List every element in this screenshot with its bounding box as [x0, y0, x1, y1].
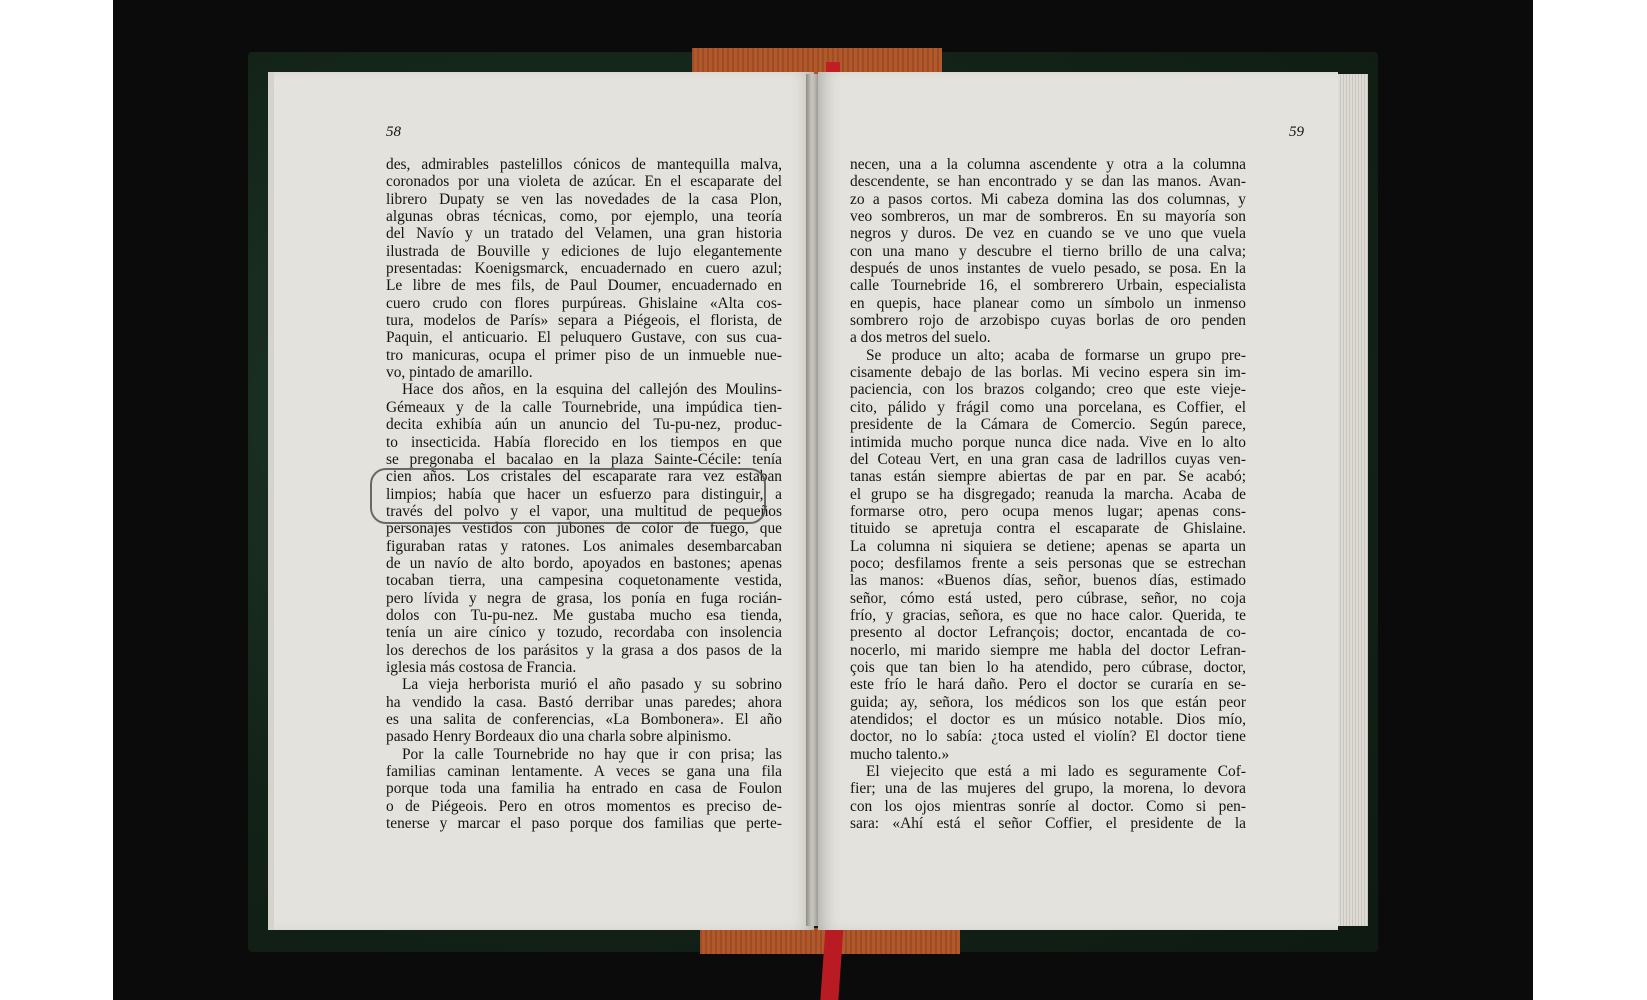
text-line: es una salita de conferencias, «La Bombo…	[386, 711, 782, 728]
text-line: través del polvo y el vapor, una multitu…	[386, 503, 782, 520]
headband-top	[692, 48, 942, 74]
text-line: atendidos; el doctor es un músico notabl…	[850, 711, 1246, 728]
text-line: tro manicuras, ocupa el primer piso de u…	[386, 347, 782, 364]
text-line: el grupo se ha disgregado; reanuda la ma…	[850, 486, 1246, 503]
text-line: porque toda una familia ha entrado en ca…	[386, 780, 782, 797]
text-line: Paquin, el anticuario. El peluquero Gust…	[386, 329, 782, 346]
text-line: Por la calle Tournebride no hay que ir c…	[386, 746, 782, 763]
text-line: después de unos instantes de vuelo pesad…	[850, 260, 1246, 277]
text-line: paciencia, con los brazos colgando; creo…	[850, 381, 1246, 398]
text-line: nocerlo, mi marido siempre me habla del …	[850, 642, 1246, 659]
page-number: 58	[386, 124, 401, 141]
text-line: presentadas: Koenigsmarck, encuadernado …	[386, 260, 782, 277]
text-line: personajes vestidos con jubones de color…	[386, 520, 782, 537]
text-line: La vieja herborista murió el año pasado …	[386, 676, 782, 693]
text-line: to insecticida. Había florecido en los t…	[386, 434, 782, 451]
text-line: frío, y gracias, señora, es que no hace …	[850, 607, 1246, 624]
text-line: sara: «Ahí está el señor Coffier, el pre…	[850, 815, 1246, 832]
text-line: tenerse y marcar el paso porque dos fami…	[386, 815, 782, 832]
text-line: en quepis, hace planear como un símbolo …	[850, 295, 1246, 312]
page-body: necen, una a la columna ascendente y otr…	[850, 156, 1246, 832]
text-line: cito, pálido y frágil como una porcelana…	[850, 399, 1246, 416]
text-line: Gémeaux y de la calle Tournebride, una i…	[386, 399, 782, 416]
text-line: poco; desfilamos frente a seis personas …	[850, 555, 1246, 572]
text-line: con los ojos mientras sonríe al doctor. …	[850, 798, 1246, 815]
text-line: los derechos de los parásitos y la grasa…	[386, 642, 782, 659]
text-line: pero lívida y negra de grasa, los ponía …	[386, 590, 782, 607]
text-line: ilustrada de Bouville y ediciones de luj…	[386, 243, 782, 260]
text-line: del Navío y un tratado del Velamen, una …	[386, 225, 782, 242]
text-line: de un navío de alto bordo, apoyados en b…	[386, 555, 782, 572]
text-line: familias caminan lentamente. A veces se …	[386, 763, 782, 780]
text-line: presidente de la Cámara de Comercio. Seg…	[850, 416, 1246, 433]
text-line: des, admirables pastelillos cónicos de m…	[386, 156, 782, 173]
text-line: çois que tan bien lo ha atendido, pero c…	[850, 659, 1246, 676]
text-line: doctor, no lo sabía: ¿toca usted el viol…	[850, 728, 1246, 745]
text-line: cuero crudo con flores purpúreas. Ghisla…	[386, 295, 782, 312]
text-line: tocaban tierra, una campesina coquetonam…	[386, 572, 782, 589]
text-line: veo sombreros, un mar de sombreros. En s…	[850, 208, 1246, 225]
text-line: Le libre de mes fils, de Paul Doumer, en…	[386, 277, 782, 294]
text-line: guida; ay, señora, los médicos son los q…	[850, 694, 1246, 711]
page-edges	[1338, 74, 1368, 926]
page-number: 59	[1289, 124, 1304, 141]
text-line: Hace dos años, en la esquina del callejó…	[386, 381, 782, 398]
text-line: figuraban ratas y ratones. Los animales …	[386, 538, 782, 555]
text-line: o de Piégeois. Pero en otros momentos es…	[386, 798, 782, 815]
left-page: 58 des, admirables pastelillos cónicos d…	[268, 72, 814, 930]
text-line: calle Tournebride 16, el sombrerero Urba…	[850, 277, 1246, 294]
text-line: con una mano y descubre el tierno brillo…	[850, 243, 1246, 260]
text-line: este frío le hará daño. Pero el doctor s…	[850, 676, 1246, 693]
text-line: fier; una de las mujeres del grupo, la m…	[850, 780, 1246, 797]
text-line: negros y duros. De vez en cuando se ve u…	[850, 225, 1246, 242]
text-line: descendente, se han encontrado y se dan …	[850, 173, 1246, 190]
text-line: algunas obras técnicas, como, por ejempl…	[386, 208, 782, 225]
text-line: sombrero rojo de arzobispo cuyas borlas …	[850, 312, 1246, 329]
text-line: La columna ni siquiera se detiene; apena…	[850, 538, 1246, 555]
text-line: tenía un aire cínico y tozudo, recordaba…	[386, 624, 782, 641]
text-line: El viejecito que está a mi lado es segur…	[850, 763, 1246, 780]
text-line: cisamente debajo de las borlas. Mi vecin…	[850, 364, 1246, 381]
text-line: librero Dupaty se ven las novedades de l…	[386, 191, 782, 208]
text-line: coronados por una violeta de azúcar. En …	[386, 173, 782, 190]
text-line: decita exhibía aún un anuncio del Tu-pu-…	[386, 416, 782, 433]
text-line: ha vendido la casa. Bastó derribar unas …	[386, 694, 782, 711]
text-line: del Coteau Vert, en una gran casa de lad…	[850, 451, 1246, 468]
text-line: vo, pintado de amarillo.	[386, 364, 782, 381]
text-line: presento al doctor Lefrançois; doctor, e…	[850, 624, 1246, 641]
text-line: Se produce un alto; acaba de formarse un…	[850, 347, 1246, 364]
text-line: tura, modelos de París» separa a Piégeoi…	[386, 312, 782, 329]
text-line: zo a pasos cortos. Mi cabeza domina las …	[850, 191, 1246, 208]
text-line: las manos: «Buenos días, señor, buenos d…	[850, 572, 1246, 589]
text-line: intimida mucho porque nunca dice nada. V…	[850, 434, 1246, 451]
text-line: tituido se apretuja contra el escaparate…	[850, 520, 1246, 537]
text-line: necen, una a la columna ascendente y otr…	[850, 156, 1246, 173]
text-line: señor, cómo está usted, pero cúbrase, se…	[850, 590, 1246, 607]
text-line: limpios; había que hacer un esfuerzo par…	[386, 486, 782, 503]
text-line: pasado Henry Bordeaux dio una charla sob…	[386, 728, 782, 745]
text-line: tanas están siempre abiertas de par en p…	[850, 468, 1246, 485]
text-line: dolos con Tu-pu-nez. Me gustaba mucho es…	[386, 607, 782, 624]
right-page: 59 necen, una a la columna ascendente y …	[818, 72, 1338, 930]
text-line: a dos metros del suelo.	[850, 329, 1246, 346]
text-line: mucho talento.»	[850, 746, 1246, 763]
text-line: cien años. Los cristales del escaparate …	[386, 468, 782, 485]
page-body: des, admirables pastelillos cónicos de m…	[386, 156, 782, 832]
text-line: formarse otro, pero ocupa menos lugar; a…	[850, 503, 1246, 520]
text-line: iglesia más costosa de Francia.	[386, 659, 782, 676]
text-line: se pregonaba el bacalao en la plaza Sain…	[386, 451, 782, 468]
